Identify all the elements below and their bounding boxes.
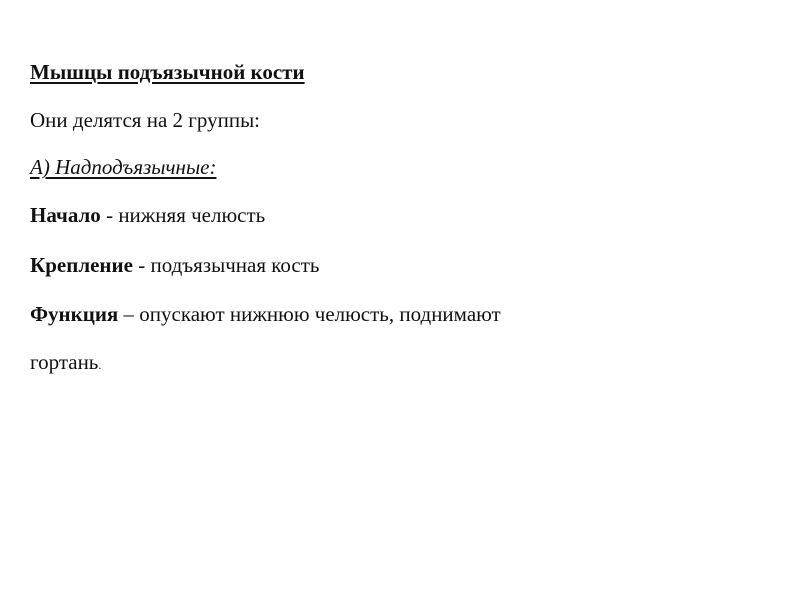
function-label: Функция	[30, 302, 118, 326]
intro-text: Они делятся на 2 группы:	[30, 108, 260, 132]
slide-title: Мышцы подъязычной кости	[30, 60, 305, 84]
group-heading: А) Надподъязычные:	[30, 155, 216, 179]
origin-label: Начало	[30, 203, 101, 227]
origin-separator: -	[101, 203, 119, 227]
function-continuation: гортань.	[30, 350, 101, 377]
function-continuation-text: гортань	[30, 350, 98, 374]
slide: Мышцы подъязычной кости Они делятся на 2…	[0, 0, 800, 600]
origin-value: нижняя челюсть	[118, 203, 265, 227]
function-continuation-period: .	[98, 358, 101, 372]
attachment-value: подъязычная кость	[150, 253, 319, 277]
attachment-separator: -	[133, 253, 151, 277]
attachment-label: Крепление	[30, 253, 133, 277]
function-line: Функция – опускают нижнюю челюсть, подни…	[30, 302, 501, 326]
origin-line: Начало - нижняя челюсть	[30, 203, 265, 227]
function-value: опускают нижнюю челюсть, поднимают	[139, 302, 500, 326]
attachment-line: Крепление - подъязычная кость	[30, 253, 319, 277]
function-separator: –	[118, 302, 139, 326]
